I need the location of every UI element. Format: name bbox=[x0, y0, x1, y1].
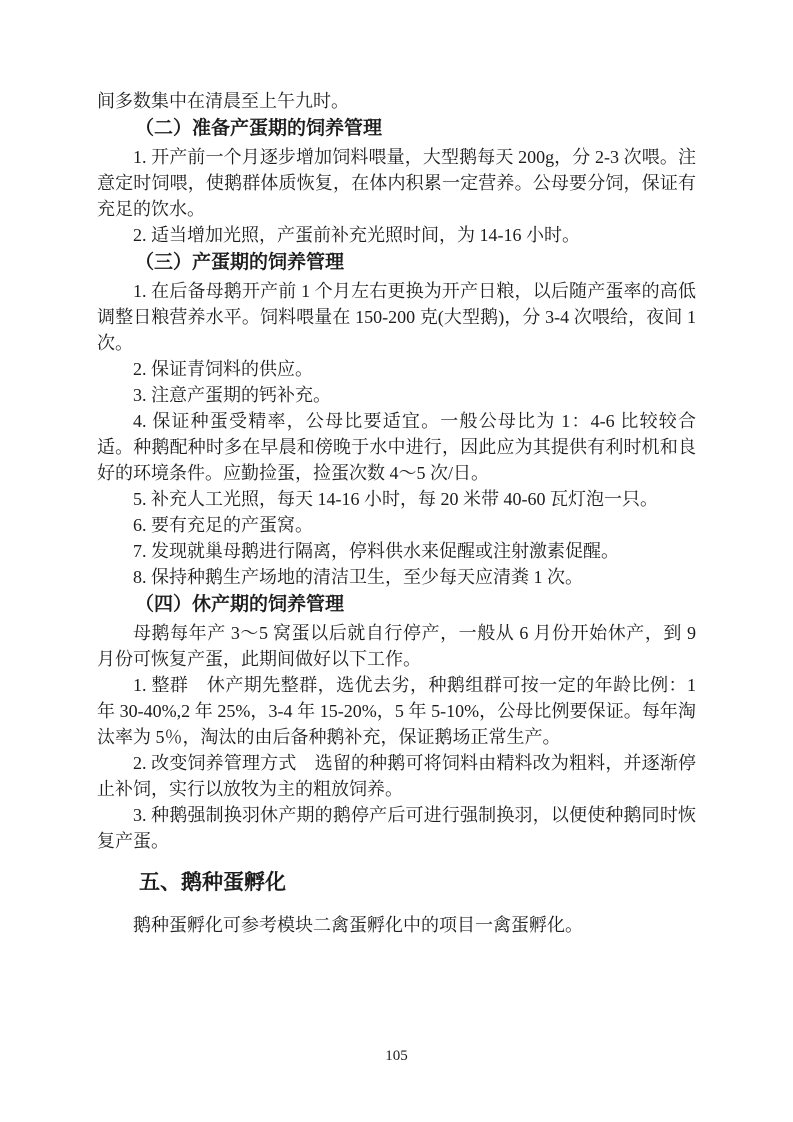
paragraph: 8. 保持种鹅生产场地的清洁卫生，至少每天应清粪 1 次。 bbox=[97, 564, 696, 590]
paragraph: 间多数集中在清晨至上午九时。 bbox=[97, 88, 696, 114]
paragraph: 3. 注意产蛋期的钙补充。 bbox=[97, 382, 696, 408]
paragraph: 母鹅每年产 3～5 窝蛋以后就自行停产，一般从 6 月份开始休产，到 9 月份可… bbox=[97, 620, 696, 672]
paragraph: 5. 补充人工光照，每天 14-16 小时，每 20 米带 40-60 瓦灯泡一… bbox=[97, 486, 696, 512]
paragraph: 鹅种蛋孵化可参考模块二禽蛋孵化中的项目一禽蛋孵化。 bbox=[97, 912, 696, 938]
sub-heading: （二）准备产蛋期的饲养管理 bbox=[97, 114, 696, 144]
paragraph: 6. 要有充足的产蛋窝。 bbox=[97, 512, 696, 538]
paragraph: 4. 保证种蛋受精率，公母比要适宜。一般公母比为 1：4-6 比较较合适。种鹅配… bbox=[97, 408, 696, 486]
section-heading: 五、鹅种蛋孵化 bbox=[97, 867, 696, 897]
document-body: 间多数集中在清晨至上午九时。（二）准备产蛋期的饲养管理1. 开产前一个月逐步增加… bbox=[97, 88, 696, 938]
paragraph: 7. 发现就巢母鹅进行隔离，停料供水来促醒或注射激素促醒。 bbox=[97, 538, 696, 564]
paragraph: 1. 在后备母鹅开产前 1 个月左右更换为开产日粮，以后随产蛋率的高低调整日粮营… bbox=[97, 278, 696, 356]
paragraph: 2. 保证青饲料的供应。 bbox=[97, 356, 696, 382]
page-number: 105 bbox=[0, 1048, 793, 1064]
sub-heading: （四）休产期的饲养管理 bbox=[97, 590, 696, 620]
paragraph: 3. 种鹅强制换羽休产期的鹅停产后可进行强制换羽，以便使种鹅同时恢复产蛋。 bbox=[97, 802, 696, 854]
document-page: 间多数集中在清晨至上午九时。（二）准备产蛋期的饲养管理1. 开产前一个月逐步增加… bbox=[0, 0, 793, 1122]
paragraph: 2. 改变饲养管理方式 选留的种鹅可将饲料由精料改为粗料，并逐渐停止补饲，实行以… bbox=[97, 750, 696, 802]
paragraph: 2. 适当增加光照，产蛋前补充光照时间，为 14-16 小时。 bbox=[97, 222, 696, 248]
sub-heading: （三）产蛋期的饲养管理 bbox=[97, 248, 696, 278]
paragraph: 1. 开产前一个月逐步增加饲料喂量，大型鹅每天 200g，分 2-3 次喂。注意… bbox=[97, 144, 696, 222]
paragraph: 1. 整群 休产期先整群，选优去劣，种鹅组群可按一定的年龄比例：1 年 30-4… bbox=[97, 672, 696, 750]
